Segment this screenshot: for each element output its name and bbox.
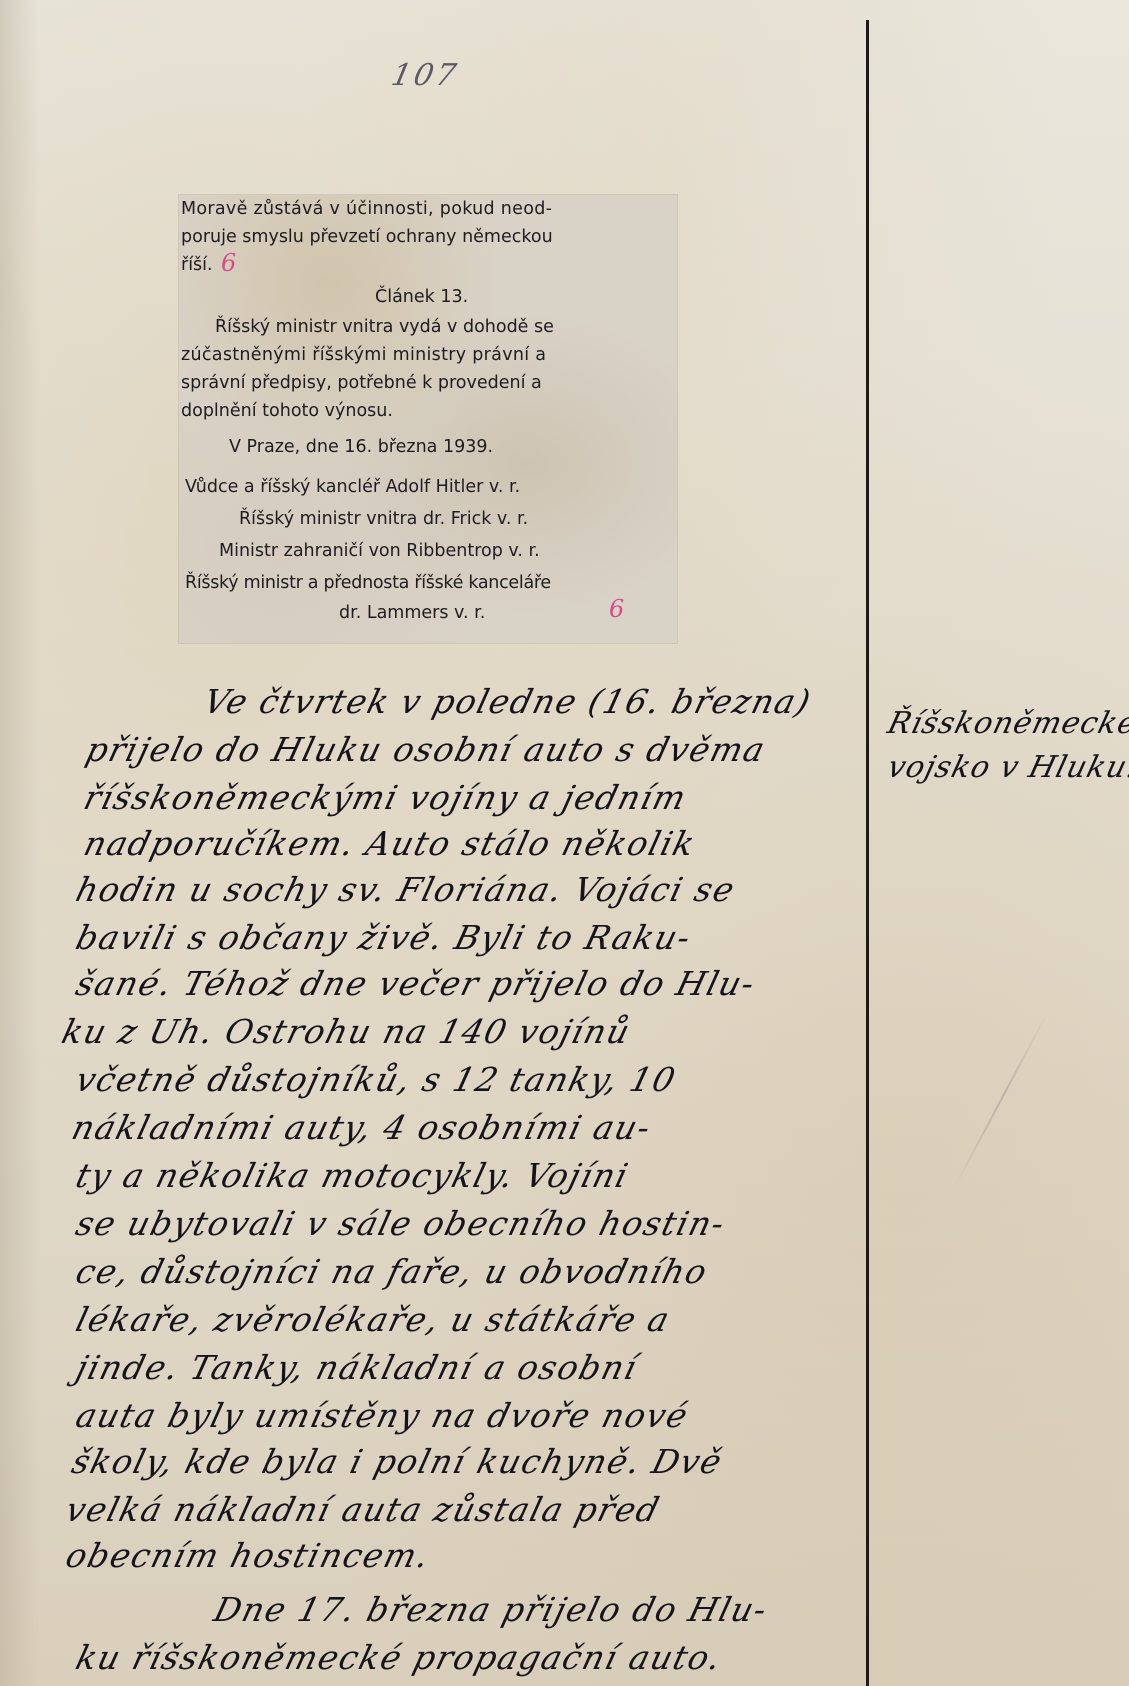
handwritten-line: ty a několika motocykly. Vojíni <box>72 1156 633 1195</box>
faint-pencil-stroke <box>953 1011 1049 1189</box>
article-heading: Článek 13. <box>375 283 468 311</box>
handwritten-line: lékaře, zvěrolékaře, u státkáře a <box>72 1300 675 1339</box>
red-pencil-mark: 6 <box>609 595 624 623</box>
clipping-line: říší. <box>181 251 213 279</box>
clipping-date-line: V Praze, dne 16. března 1939. <box>229 433 493 461</box>
signature-line: Říšský ministr vnitra dr. Frick v. r. <box>239 505 528 533</box>
handwritten-line: školy, kde byla i polní kuchyně. Dvě <box>68 1442 727 1481</box>
handwritten-line: nadporučíkem. Auto stálo několik <box>80 824 700 863</box>
handwritten-line: hodin u sochy sv. Floriána. Vojáci se <box>72 870 740 909</box>
handwritten-line: přijelo do Hluku osobní auto s dvěma <box>82 730 770 769</box>
signature-line: dr. Lammers v. r. <box>339 599 485 627</box>
handwritten-line: Ve čtvrtek v poledne (16. března) <box>200 682 816 721</box>
page-number: 107 <box>388 58 462 93</box>
handwritten-line: ku z Uh. Ostrohu na 140 vojínů <box>58 1012 635 1051</box>
handwritten-line: ce, důstojníci na faře, u obvodního <box>72 1252 712 1291</box>
signature-line: Vůdce a říšský kancléř Adolf Hitler v. r… <box>185 473 520 501</box>
signature-line: Říšský ministr a přednosta říšské kancel… <box>185 569 551 597</box>
handwritten-line: obecním hostincem. <box>62 1536 434 1575</box>
clipping-line: správní předpisy, potřebné k provedení a <box>181 369 542 397</box>
chronicle-page: 107 Moravě zůstává v účinnosti, pokud ne… <box>0 0 1129 1686</box>
handwritten-line: včetně důstojníků, s 12 tanky, 10 <box>72 1060 680 1099</box>
clipping-line: Říšský ministr vnitra vydá v dohodě se <box>215 313 554 341</box>
margin-note-line: vojsko v Hluku. <box>884 750 1129 785</box>
margin-note-line: Říšskoněmecké <box>884 706 1129 741</box>
margin-rule <box>866 20 869 1686</box>
handwritten-line: ku říšskoněmecké propagační auto. <box>72 1638 726 1677</box>
newspaper-clipping: Moravě zůstává v účinnosti, pokud neod- … <box>179 195 677 643</box>
page-edge-shadow <box>0 0 40 1686</box>
clipping-line: Moravě zůstává v účinnosti, pokud neod- <box>181 195 552 223</box>
handwritten-line: auta byly umístěny na dvoře nové <box>72 1396 693 1435</box>
handwritten-line: nákladními auty, 4 osobními au- <box>68 1108 656 1147</box>
handwritten-line: šané. Téhož dne večer přijelo do Hlu- <box>72 964 760 1003</box>
handwritten-line: bavili s občany živě. Byli to Raku- <box>72 918 696 957</box>
handwritten-line: říšskoněmeckými vojíny a jedním <box>80 778 691 817</box>
red-pencil-mark: 6 <box>221 249 236 277</box>
handwritten-line: Dne 17. března přijelo do Hlu- <box>210 1590 772 1629</box>
signature-line: Ministr zahraničí von Ribbentrop v. r. <box>219 537 540 565</box>
clipping-line: doplnění tohoto výnosu. <box>181 397 393 425</box>
handwritten-line: velká nákladní auta zůstala před <box>62 1490 664 1529</box>
clipping-line: poruje smyslu převzetí ochrany německou <box>181 223 553 251</box>
clipping-line: zúčastněnými říšskými ministry právní a <box>181 341 546 369</box>
handwritten-line: jinde. Tanky, nákladní a osobní <box>72 1348 642 1387</box>
handwritten-line: se ubytovali v sále obecního hostin- <box>72 1204 730 1243</box>
